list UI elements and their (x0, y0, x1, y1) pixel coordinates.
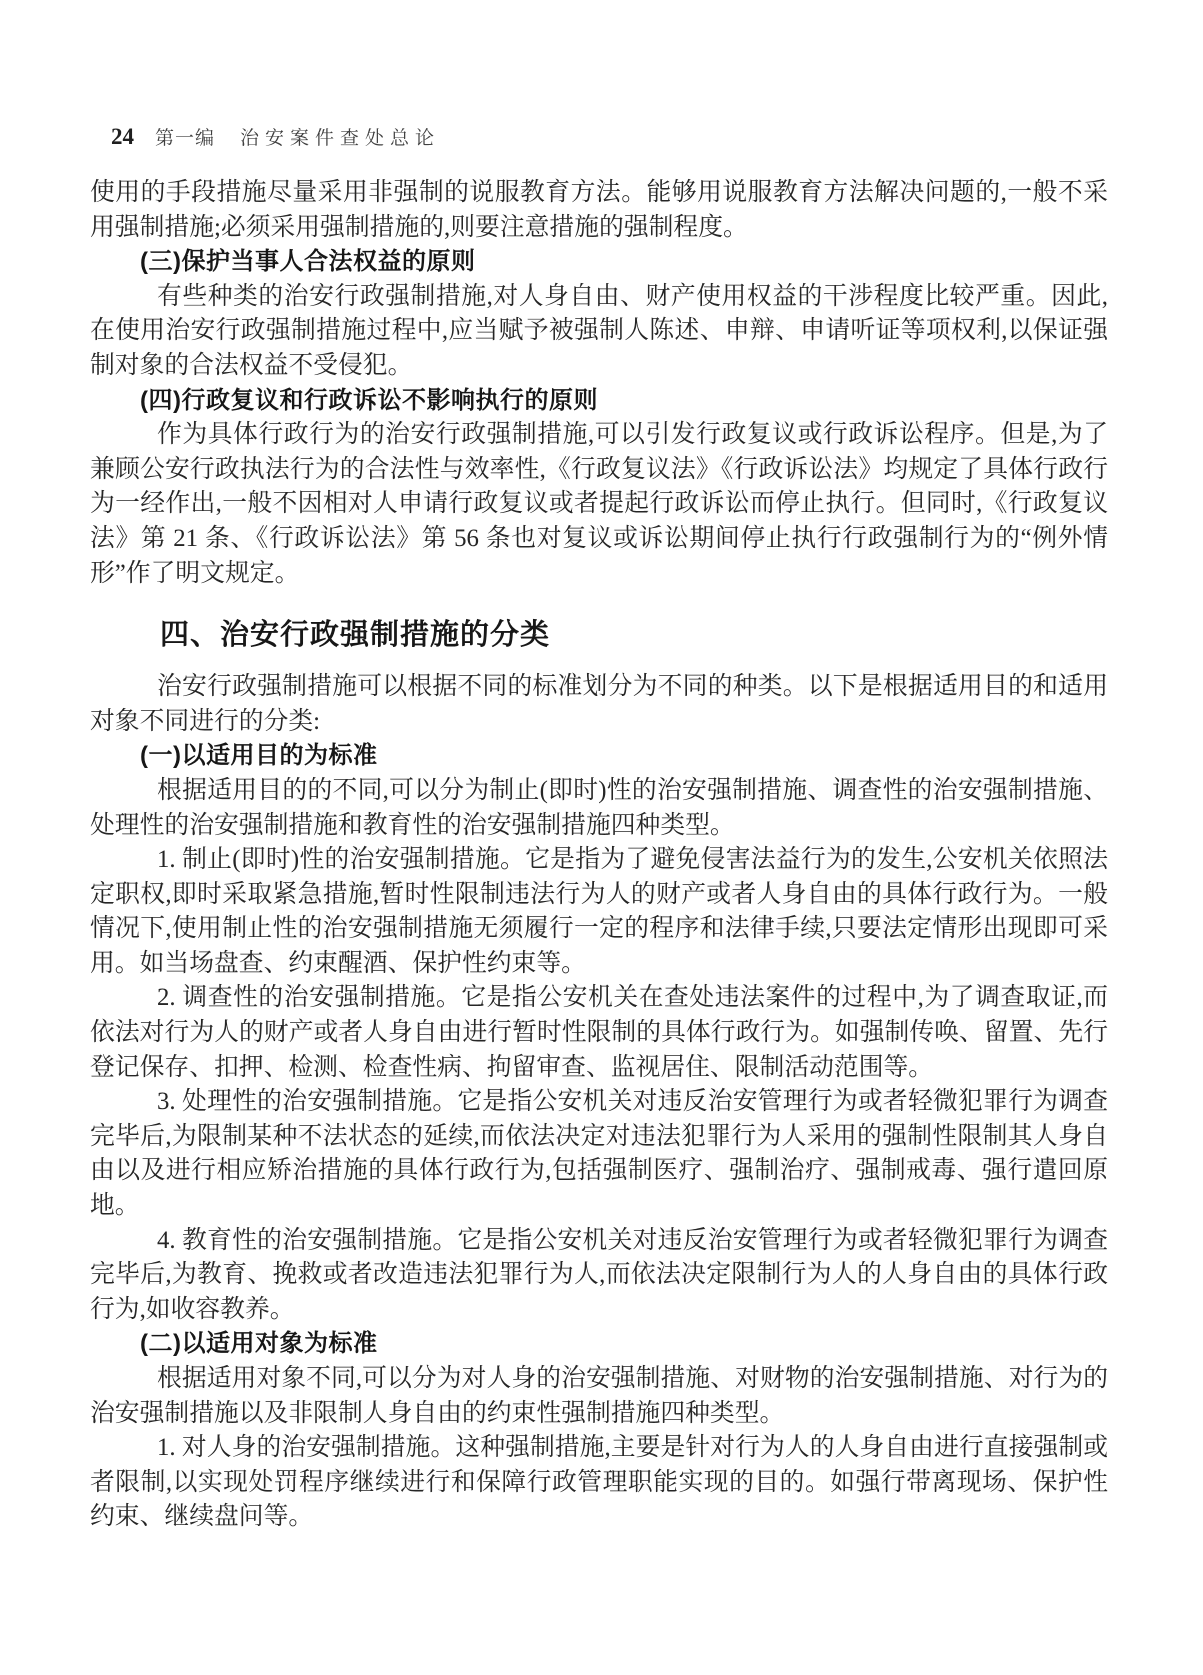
paragraph: 有些种类的治安行政强制措施,对人身自由、财产使用权益的干涉程度比较严重。因此,在… (90, 280, 1108, 384)
list-paragraph-1: 1. 制止(即时)性的治安强制措施。它是指为了避免侵害法益行为的发生,公安机关依… (90, 843, 1108, 981)
part-label: 第一编 (155, 127, 215, 151)
paragraph: 治安行政强制措施可以根据不同的标准划分为不同的种类。以下是根据适用目的和适用对象… (90, 670, 1108, 739)
sub-heading-3: (三)保护当事人合法权益的原则 (90, 245, 1108, 280)
list-paragraph-3: 3. 处理性的治安强制措施。它是指公安机关对违反治安管理行为或者轻微犯罪行为调查… (90, 1085, 1108, 1223)
sub-heading-4: (四)行政复议和行政诉讼不影响执行的原则 (90, 384, 1108, 419)
section-heading: 四、治安行政强制措施的分类 (160, 617, 1108, 653)
page-body: 使用的手段措施尽量采用非强制的说服教育方法。能够用说服教育方法解决问题的,一般不… (90, 176, 1108, 1535)
book-page: 24 第一编 治安案件查处总论 使用的手段措施尽量采用非强制的说服教育方法。能够… (0, 0, 1203, 1675)
sub-heading-2: (二)以适用对象为标准 (90, 1327, 1108, 1362)
running-title: 治安案件查处总论 (240, 127, 440, 151)
paragraph: 作为具体行政行为的治安行政强制措施,可以引发行政复议或行政诉讼程序。但是,为了兼… (90, 418, 1108, 591)
sub-heading-1: (一)以适用目的为标准 (90, 739, 1108, 774)
paragraph: 根据适用目的的不同,可以分为制止(即时)性的治安强制措施、调查性的治安强制措施、… (90, 774, 1108, 843)
list-paragraph-2: 2. 调查性的治安强制措施。它是指公安机关在查处违法案件的过程中,为了调查取证,… (90, 981, 1108, 1085)
paragraph-continuation: 使用的手段措施尽量采用非强制的说服教育方法。能够用说服教育方法解决问题的,一般不… (90, 176, 1108, 245)
list-paragraph-1b: 1. 对人身的治安强制措施。这种强制措施,主要是针对行为人的人身自由进行直接强制… (90, 1431, 1108, 1535)
paragraph: 根据适用对象不同,可以分为对人身的治安强制措施、对财物的治安强制措施、对行为的治… (90, 1362, 1108, 1431)
page-number: 24 (111, 125, 134, 149)
running-header: 24 第一编 治安案件查处总论 (111, 125, 440, 151)
list-paragraph-4: 4. 教育性的治安强制措施。它是指公安机关对违反治安管理行为或者轻微犯罪行为调查… (90, 1224, 1108, 1328)
